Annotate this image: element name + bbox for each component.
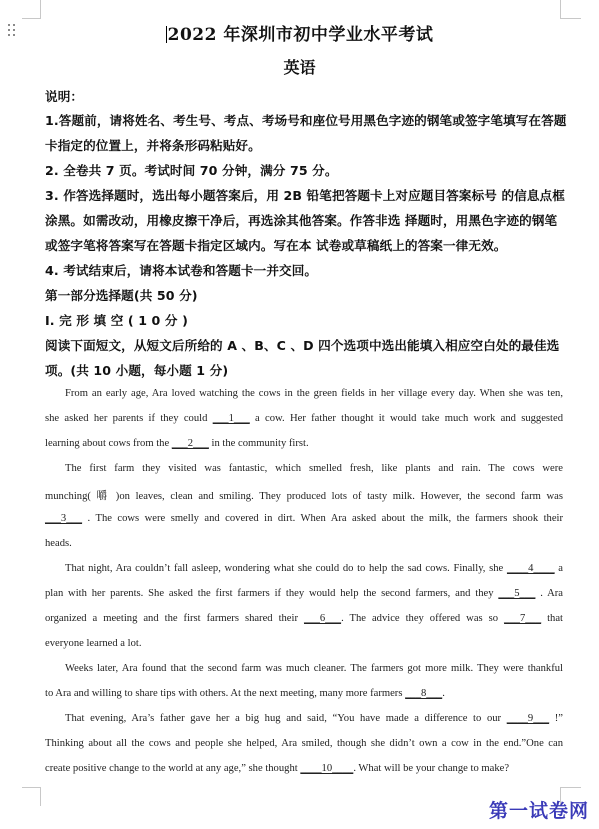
subject-title: 英语 [0,55,599,78]
section-cloze-heading: I. 完 形 填 空 ( 1 0 分 ) [45,310,570,329]
instruction-1a: 1.答题前，请将姓名、考生号、考点、考场号和座位号用黑色字迹的钢笔或签字笔填写在… [45,110,570,129]
passage-line: That evening, Ara’s father gave her a bi… [45,713,563,724]
passage-line: From an early age, Ara loved watching th… [45,388,563,399]
passage-line: she asked her parents if they could ___1… [45,413,563,424]
blank-5[interactable]: ___5___ [498,588,535,599]
instruction-3a: 3. 作答选择题时，选出每小题答案后，用 2B 铅笔把答题卡上对应题目答案标号 … [45,185,570,204]
blank-6[interactable]: ___6___ [304,613,341,624]
exam-title[interactable]: 2022 年深圳市初中学业水平考试 [0,20,599,45]
instruction-3b: 涂黑。如需改动，用橡皮擦干净后，再选涂其他答案。作答非选 择题时，用黑色字迹的钢… [45,210,570,229]
passage-line: heads. [45,538,563,549]
crop-mark-top-right [560,0,581,19]
passage-line: Thinking about all the cows and people s… [45,738,563,749]
instruction-1b: 卡指定的位置上，并将条形码粘贴好。 [45,135,570,154]
instruction-3c: 或签字笔将答案写在答题卡指定区域内。写在本 试卷或草稿纸上的答案一律无效。 [45,235,570,254]
blank-10[interactable]: ____10____ [300,763,353,774]
crop-mark-bottom-left [22,787,41,806]
passage-line: That night, Ara couldn’t fall asleep, wo… [45,563,563,574]
blank-2[interactable]: ___2___ [172,438,209,449]
passage-line: plan with her parents. She asked the fir… [45,588,563,599]
blank-3[interactable]: ___3___ [45,513,82,524]
text-cursor [166,26,167,43]
instruction-4: 4. 考试结束后，请将本试卷和答题卡一并交回。 [45,260,570,279]
passage-line: organized a meeting and the first farmer… [45,613,563,624]
passage-line: learning about cows from the ___2___ in … [45,438,563,449]
blank-9[interactable]: ____9___ [507,713,549,724]
blank-1[interactable]: ___1___ [213,413,250,424]
passage-line: The first farm they visited was fantasti… [45,463,563,474]
instruction-2: 2. 全卷共 7 页。考试时间 70 分钟，满分 75 分。 [45,160,570,179]
watermark-logo: 第一试卷网 [489,796,589,823]
directions-line-2: 项。(共 10 小题，每小题 1 分) [45,360,570,379]
blank-8[interactable]: ___8___ [405,688,442,699]
passage-line: ___3___ . The cows were smelly and cover… [45,513,563,524]
blank-4[interactable]: ____4____ [507,563,555,574]
passage-line: to Ara and willing to share tips with ot… [45,688,563,699]
passage-line: munching( 嚼 )on leaves, clean and smilin… [45,488,563,503]
part1-heading: 第一部分选择题(共 50 分) [45,285,570,304]
crop-mark-top-left [22,0,41,19]
passage-line: create positive change to the world at a… [45,763,563,774]
instructions-heading: 说明： [45,86,570,105]
blank-7[interactable]: ___7___ [504,613,541,624]
passage-line: everyone learned a lot. [45,638,563,649]
directions-line-1: 阅读下面短文，从短文后所给的 A 、B、C 、D 四个选项中选出能填入相应空白处… [45,335,570,354]
passage-line: Weeks later, Ara found that the second f… [45,663,563,674]
